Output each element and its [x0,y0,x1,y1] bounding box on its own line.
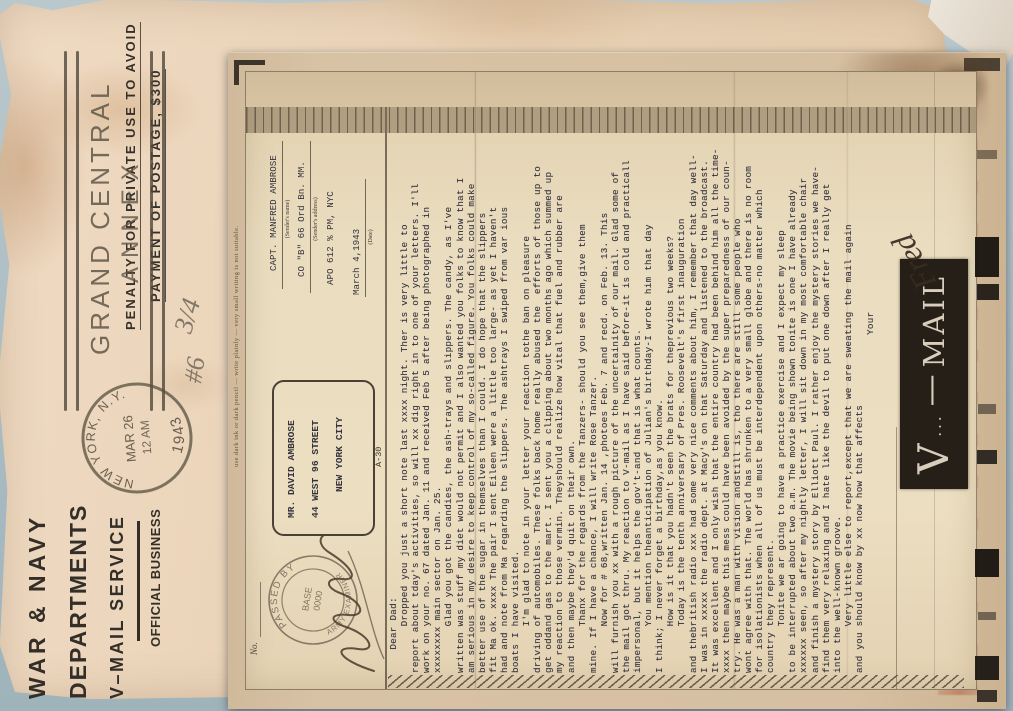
postmark-stamp: NEW YORK, N.Y. MAR 26 12 AM 1943 [73,374,201,502]
typed-line: Thanx for the regards from the Tanzers- … [577,133,588,673]
typed-line: xxxxxxxx main sector on Jan. 25. [432,133,443,673]
typed-line: the mail got thru. My reaction to V-mail… [621,133,632,673]
rule [282,141,283,289]
typed-line: It was excellent and I only wish that th… [710,133,721,673]
typed-line: Now for # 68,written Jan. 14 ,photoes Fe… [599,133,610,673]
sender-name-label: (Sender's name) [285,141,291,297]
typed-line: and finish a mystery story by Elliott Pa… [810,133,821,673]
typed-line: Dropped you just a short note last xxxx … [399,133,410,673]
edge-mark [975,237,999,277]
killer-bar [64,51,67,411]
typed-line: Today is the tenth anniversary of Pres. … [676,133,687,673]
edge-mark [977,450,997,464]
typed-line: I think; I never forget a birthday,as yo… [654,133,665,673]
typed-line: my reaction to those vermin. Theyshould … [554,133,565,673]
postmark-date: MAR 26 [120,415,139,463]
typed-line: wont agree with that. The world has shru… [743,133,754,673]
scanned-vmail-photo: WAR & NAVY DEPARTMENTS V–MAIL SERVICE OF… [0,0,1013,711]
war-navy-imprint: WAR & NAVY DEPARTMENTS V–MAIL SERVICE OF… [24,471,163,699]
typed-line: and then maybe they'd quit on their own. [566,133,577,673]
typed-line: get oddand gas to the mart. I sent you a… [543,133,554,673]
typed-line: had and note from Ma regarding the slipp… [499,133,510,673]
form-number: A-30 [374,447,384,467]
cancel-station-2: ANNEX [117,51,145,283]
vmail-logo-morse-dots: ··· [931,413,949,436]
machine-cancel: GRAND CENTRAL ANNEX [64,51,165,411]
typed-line: to be interrupted about two a.m. The mov… [787,133,798,673]
typed-line: fit Ma ok. xxxx The pair I sent Eileen w… [488,133,499,673]
sender-address-label: (Sender's address) [313,141,319,297]
header-rule [385,72,387,689]
typed-line: impersonal, but it helps the gov't-and t… [632,133,643,673]
photo-margin [246,72,976,107]
sender-apo: APO 612 % PM, NYC [325,191,336,285]
envelope-printing: WAR & NAVY DEPARTMENTS V–MAIL SERVICE OF… [4,4,254,711]
imprint-line: WAR & NAVY [24,471,51,699]
killer-bar [162,51,165,411]
edge-mark [978,612,996,620]
typed-line: Dear Dad: [388,133,399,673]
imprint-rule [137,521,140,641]
cancel-station: GRAND CENTRAL [85,51,116,355]
typed-line: find them very relaxing and I hate like … [821,133,832,673]
edge-mark [977,150,997,159]
recipient-name: MR. DAVID AMBROSE [286,420,297,518]
edge-mark [975,656,999,680]
typed-line: mine. If I have a chance, I will write R… [588,133,599,673]
typed-line: and thebritish radio xxx had some very n… [688,133,699,673]
date-label: (Date) [368,159,374,315]
typed-line: into the well-known groove. [832,133,843,673]
no-field-label: No. [249,642,259,655]
edge-mark [977,690,997,702]
fold-line [896,427,897,689]
sender-name: CAPT. MANFRED AMBROSE [268,155,279,271]
typed-line: work on your no. 67 dated Jan. 11 and re… [421,133,432,673]
typed-line: Tonite we ar going to have a practice ex… [776,133,787,673]
rule [365,179,366,297]
typed-line: written was stuff my diet would not perm… [455,133,466,673]
typed-line: I was in xxxxx the radio dept. at Macy's… [699,133,710,673]
hatched-edge-right [246,107,976,133]
recipient-city: NEW YORK CITY [334,417,345,492]
letter-body: Dear Dad: Dropped you just a short note … [388,133,876,673]
recipient-address-box: MR. DAVID AMBROSE 44 WEST 96 STREET NEW … [272,380,375,536]
typed-line: xxxx then maybe this mess could have bee… [721,133,732,673]
typed-line: I'm glad to note in your letter your rea… [521,133,532,673]
typed-line: Very little else to report,except that w… [843,133,854,673]
vmail-logo-morse-dash: — [911,374,949,406]
pencil-note: 3/4 [168,295,207,337]
censor-arc-top: PASSED BY [264,559,299,632]
svg-text:PASSED BY: PASSED BY [264,559,299,632]
typed-line: country they represent. [765,133,776,673]
vmail-letter-form: use dark ink or dark pencil — write plai… [245,73,975,690]
censor-signature-scrawl [296,529,396,679]
letter-date: March 4,1943 [351,229,362,295]
edge-mark [975,549,999,577]
killer-bar [150,51,153,411]
typed-line: boats I have visited. [510,133,521,673]
typed-line: will furnish you xx with a rough picture… [610,133,621,673]
recipient-street: 44 WEST 96 STREET [310,420,321,518]
imprint-line: V–MAIL SERVICE [107,471,128,699]
typed-line: How is it that you hadn't seen the brats… [665,133,676,673]
pencil-note: #6 [178,355,211,385]
typed-line: Your [865,133,876,673]
postmark-time: 12 AM [138,420,155,455]
typed-line: am serious in my desire to keep control … [466,133,477,673]
typed-line: xxxxxx seen, so after my nightly letter,… [798,133,809,673]
typed-line: and you should know by xx now how that a… [854,133,865,673]
typed-line: try. He was a man with vision andstill i… [732,133,743,673]
typed-line: better use of the sugar in themselves th… [477,133,488,673]
rule [310,141,311,293]
typed-line: Glad you got the candies, the ash-trays … [443,133,454,673]
typed-line: You mention theanticipation of Julian's … [643,133,654,673]
imprint-line: DEPARTMENTS [65,471,92,699]
killer-bar [76,51,79,411]
imprint-line: OFFICIAL BUSINESS [148,471,163,647]
typed-line: for isolationists when all of us must be… [754,133,765,673]
edge-mark [978,404,996,414]
typed-line: report about tday's activities, so will … [410,133,421,673]
typed-line: driving of automobiles. These folks back… [532,133,543,673]
form-instruction-line: use dark ink or dark pencil — write plai… [233,107,240,467]
edge-mark [977,284,999,300]
sender-unit: CO "B" 66 Ord Bn. MM. [296,161,307,277]
vmail-logo-v: V [913,444,955,474]
